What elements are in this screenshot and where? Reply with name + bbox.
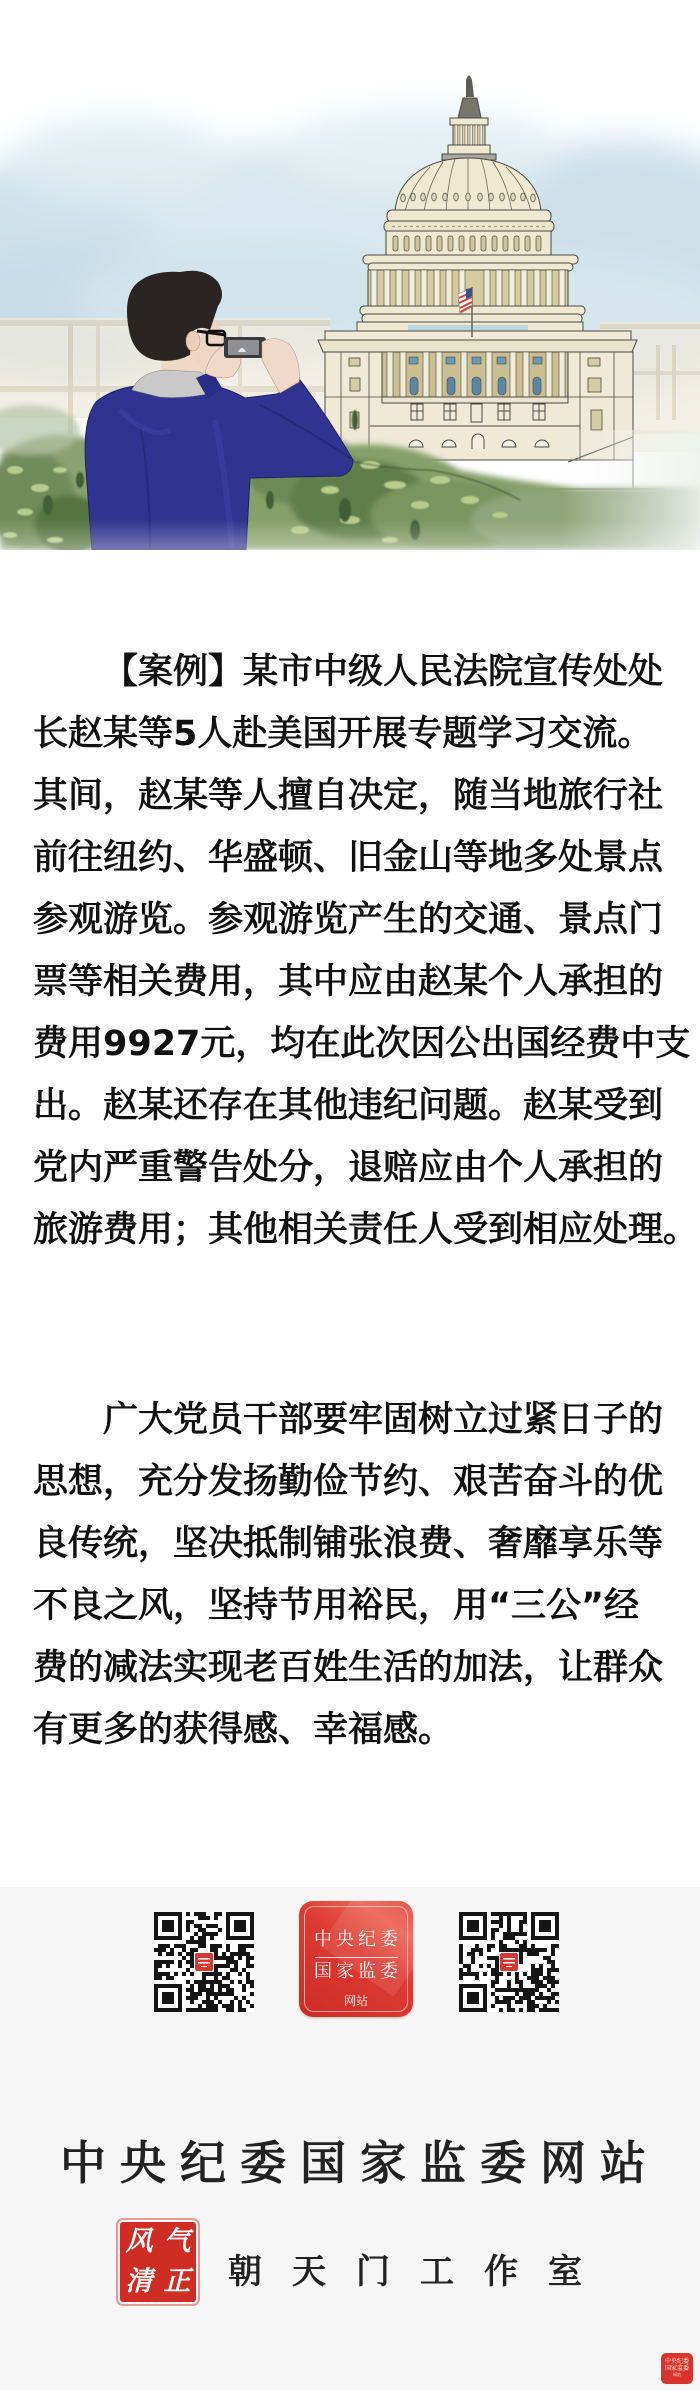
- qr-code-icon: [154, 1912, 254, 2012]
- advice-paragraph: 广大党员干部要牢固树立过紧日子的 思想，充分发扬勤俭节约、艰苦奋斗的优 良传统，…: [33, 1389, 700, 1761]
- page: 【案例】某市中级人民法院宣传处处 长赵某等5人赴美国开展专题学习交流。 其间，赵…: [0, 0, 700, 2390]
- footer: 中央纪委 国家监委 网站 中央纪委国家监委网站 风 气 清 正 朝天门工作室 中…: [0, 1887, 700, 2390]
- advice-line: 广大党员干部要牢固树立过紧日子的: [33, 1389, 700, 1451]
- case-line: 前往纽约、华盛顿、旧金山等地多处景点: [33, 827, 700, 889]
- seal-char: 正: [158, 2262, 196, 2302]
- seal-char: 清: [120, 2262, 158, 2302]
- site-logo-divider: [315, 1957, 398, 1958]
- seal-char: 风: [120, 2222, 158, 2262]
- site-title: 中央纪委国家监委网站: [60, 2140, 660, 2186]
- qr-code-right: [459, 1912, 559, 2012]
- advice-line: 不良之风，坚持节用裕民，用“三公”经: [33, 1575, 700, 1637]
- case-line: 其间，赵某等人擅自决定，随当地旅行社: [33, 765, 700, 827]
- qr-code-left: [154, 1912, 254, 2012]
- seal-stamp-icon: 风 气 清 正: [120, 2222, 196, 2302]
- case-line: 出。赵某还存在其他违纪问题。赵某受到: [33, 1075, 700, 1137]
- site-logo: 中央纪委 国家监委 网站: [299, 1901, 413, 2017]
- case-line: 党内严重警告处分，退赔应由个人承担的: [33, 1137, 700, 1199]
- seal-char: 气: [158, 2222, 196, 2262]
- case-line: 【案例】某市中级人民法院宣传处处: [33, 641, 700, 703]
- advice-line: 费的减法实现老百姓生活的加法，让群众: [33, 1637, 700, 1699]
- studio-name: 朝天门工作室: [228, 2255, 612, 2289]
- advice-line: 有更多的获得感、幸福感。: [33, 1699, 700, 1761]
- case-paragraph: 【案例】某市中级人民法院宣传处处 长赵某等5人赴美国开展专题学习交流。 其间，赵…: [33, 641, 700, 1261]
- case-line: 长赵某等5人赴美国开展专题学习交流。: [33, 703, 700, 765]
- qr-code-icon: [459, 1912, 559, 2012]
- site-logo-line1: 中央纪委: [299, 1930, 413, 1950]
- corner-watermark-badge: 中央纪委 国家监委 网站: [661, 2353, 693, 2384]
- advice-line: 良传统，坚决抵制铺张浪费、奢靡享乐等: [33, 1513, 700, 1575]
- case-line: 旅游费用；其他相关责任人受到相应处理。: [33, 1199, 700, 1261]
- site-logo-line2: 国家监委: [299, 1962, 413, 1982]
- case-line: 费用9927元，均在此次因公出国经费中支: [33, 1013, 700, 1075]
- capitol-illustration: [0, 0, 700, 550]
- site-logo-line3: 网站: [299, 1994, 413, 2008]
- advice-line: 思想，充分发扬勤俭节约、艰苦奋斗的优: [33, 1451, 700, 1513]
- case-line: 票等相关费用，其中应由赵某个人承担的: [33, 951, 700, 1013]
- case-line: 参观游览。参观游览产生的交通、景点门: [33, 889, 700, 951]
